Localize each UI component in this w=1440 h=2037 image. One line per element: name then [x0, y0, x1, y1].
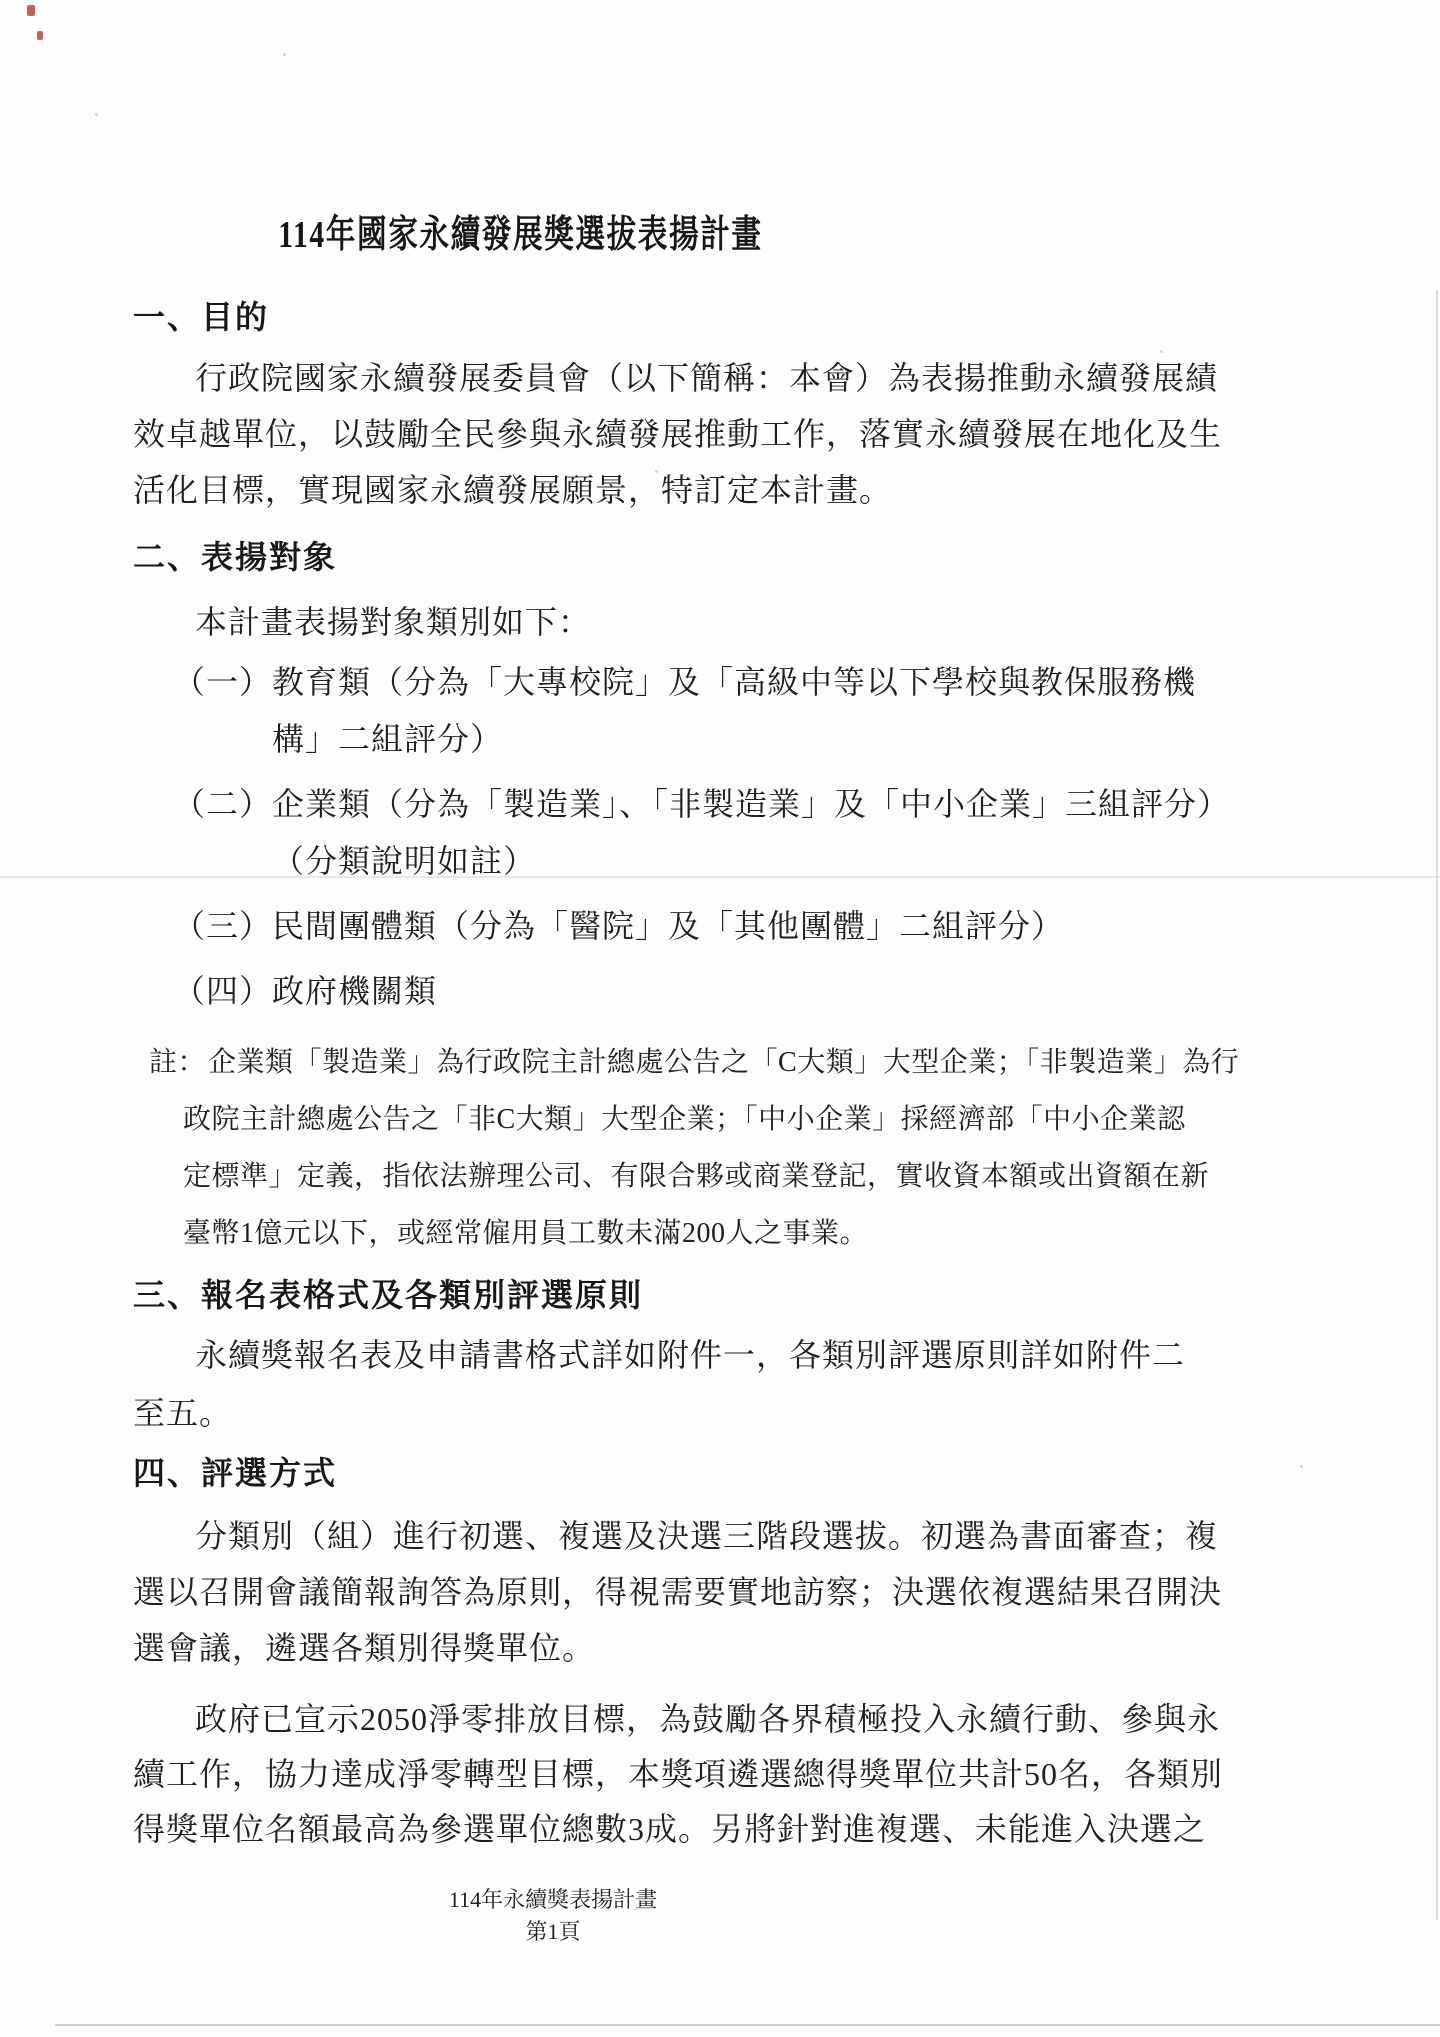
purpose-paragraph: 行政院國家永續發展委員會（以下簡稱：本會）為表揚推動永續發展績 效卓越單位，以鼓… [133, 350, 1243, 518]
item-line: 政府機關類 [272, 963, 437, 1020]
note-line: 臺幣1億元以下，或經常僱用員工數未滿200人之事業。 [149, 1205, 1259, 1262]
list-item-education: （一） 教育類（分為「大專校院」及「高級中等以下學校與教保服務機 構」二組評分） [173, 654, 1440, 768]
dust-speck [283, 53, 286, 56]
note-line: 註：企業類「製造業」為行政院主計總處公告之「C大類」大型企業；「非製造業」為行 [149, 1034, 1259, 1091]
category-list: （一） 教育類（分為「大專校院」及「高級中等以下學校與教保服務機 構」二組評分）… [173, 654, 1440, 1020]
page-footer: 114年永續獎表揚計畫 第1頁 [0, 1884, 1106, 1948]
scanned-document-page: 114年國家永續發展獎選拔表揚計畫 一、目的 行政院國家永續發展委員會（以下簡稱… [0, 0, 1440, 2037]
paragraph-line: 效卓越單位，以鼓勵全民參與永續發展推動工作，落實永續發展在地化及生 [133, 406, 1243, 462]
section-heading-selection: 四、評選方式 [133, 1450, 1440, 1496]
paragraph-line: 至五。 [133, 1384, 1243, 1442]
note-line: 政院主計總處公告之「非C大類」大型企業；「中小企業」採經濟部「中小企業認 [149, 1091, 1259, 1148]
red-pen-mark [37, 31, 43, 40]
note-text: 企業類「製造業」為行政院主計總處公告之「C大類」大型企業；「非製造業」為行 [208, 1047, 1239, 1078]
dust-speck [1300, 1465, 1303, 1468]
paragraph-line: 分類別（組）進行初選、複選及決選三階段選拔。初選為書面審查；複 [133, 1508, 1243, 1564]
scan-edge-line [55, 2024, 1440, 2026]
item-marker: （四） [173, 963, 272, 1020]
item-line: 企業類（分為「製造業」、「非製造業」及「中小企業」三組評分） [272, 776, 1230, 833]
paragraph-line: 行政院國家永續發展委員會（以下簡稱：本會）為表揚推動永續發展績 [133, 350, 1243, 406]
paragraph-line: 永續獎報名表及申請書格式詳如附件一，各類別評選原則詳如附件二 [133, 1326, 1243, 1384]
paragraph-line: 本計畫表揚對象類別如下： [133, 594, 1243, 650]
document-title: 114年國家永續發展獎選拔表揚計畫 [278, 212, 762, 258]
list-item-enterprise: （二） 企業類（分為「製造業」、「非製造業」及「中小企業」三組評分） （分類說明… [173, 776, 1440, 890]
item-line: （分類說明如註） [272, 833, 1230, 890]
red-pen-mark [27, 5, 35, 16]
selection-paragraph-1: 分類別（組）進行初選、複選及決選三階段選拔。初選為書面審查；複 選以召開會議簡報… [133, 1508, 1243, 1676]
scan-edge-line [1436, 290, 1438, 1920]
targets-intro: 本計畫表揚對象類別如下： [133, 594, 1243, 650]
paragraph-line: 政府已宣示2050淨零排放目標，為鼓勵各界積極投入永續行動、參與永 [133, 1692, 1243, 1747]
item-line: 民間團體類（分為「醫院」及「其他團體」二組評分） [272, 898, 1064, 955]
item-marker: （二） [173, 776, 272, 890]
dust-speck [95, 113, 98, 116]
item-marker: （三） [173, 898, 272, 955]
note-line: 定標準」定義，指依法辦理公司、有限合夥或商業登記，實收資本額或出資額在新 [149, 1148, 1259, 1205]
section-heading-forms: 三、報名表格式及各類別評選原則 [133, 1272, 1440, 1318]
scan-artifact-line [0, 876, 1440, 878]
dust-speck [1160, 350, 1163, 353]
footer-page-number: 第1頁 [0, 1916, 1106, 1948]
section-heading-targets: 二、表揚對象 [133, 534, 1440, 580]
paragraph-line: 續工作，協力達成淨零轉型目標，本獎項遴選總得獎單位共計50名，各類別 [133, 1747, 1243, 1802]
section-heading-purpose: 一、目的 [133, 294, 1440, 340]
item-line: 構」二組評分） [272, 711, 1196, 768]
paragraph-line: 活化目標，實現國家永續發展願景，特訂定本計畫。 [133, 462, 1243, 518]
list-item-government: （四） 政府機關類 [173, 963, 1440, 1020]
paragraph-line: 選會議，遴選各類別得獎單位。 [133, 1620, 1243, 1676]
paragraph-line: 選以召開會議簡報詢答為原則，得視需要實地訪察；決選依複選結果召開決 [133, 1564, 1243, 1620]
note-label: 註： [149, 1047, 208, 1078]
classification-note: 註：企業類「製造業」為行政院主計總處公告之「C大類」大型企業；「非製造業」為行 … [149, 1034, 1259, 1262]
footer-doc-title: 114年永續獎表揚計畫 [0, 1884, 1106, 1916]
forms-paragraph: 永續獎報名表及申請書格式詳如附件一，各類別評選原則詳如附件二 至五。 [133, 1326, 1243, 1442]
title-row: 114年國家永續發展獎選拔表揚計畫 [0, 0, 1040, 258]
selection-paragraph-2: 政府已宣示2050淨零排放目標，為鼓勵各界積極投入永續行動、參與永 續工作，協力… [133, 1692, 1243, 1857]
item-marker: （一） [173, 654, 272, 768]
list-item-civil-group: （三） 民間團體類（分為「醫院」及「其他團體」二組評分） [173, 898, 1440, 955]
item-line: 教育類（分為「大專校院」及「高級中等以下學校與教保服務機 [272, 654, 1196, 711]
dust-speck [655, 470, 658, 473]
paragraph-line: 得獎單位名額最高為參選單位總數3成。另將針對進複選、未能進入決選之 [133, 1802, 1243, 1857]
